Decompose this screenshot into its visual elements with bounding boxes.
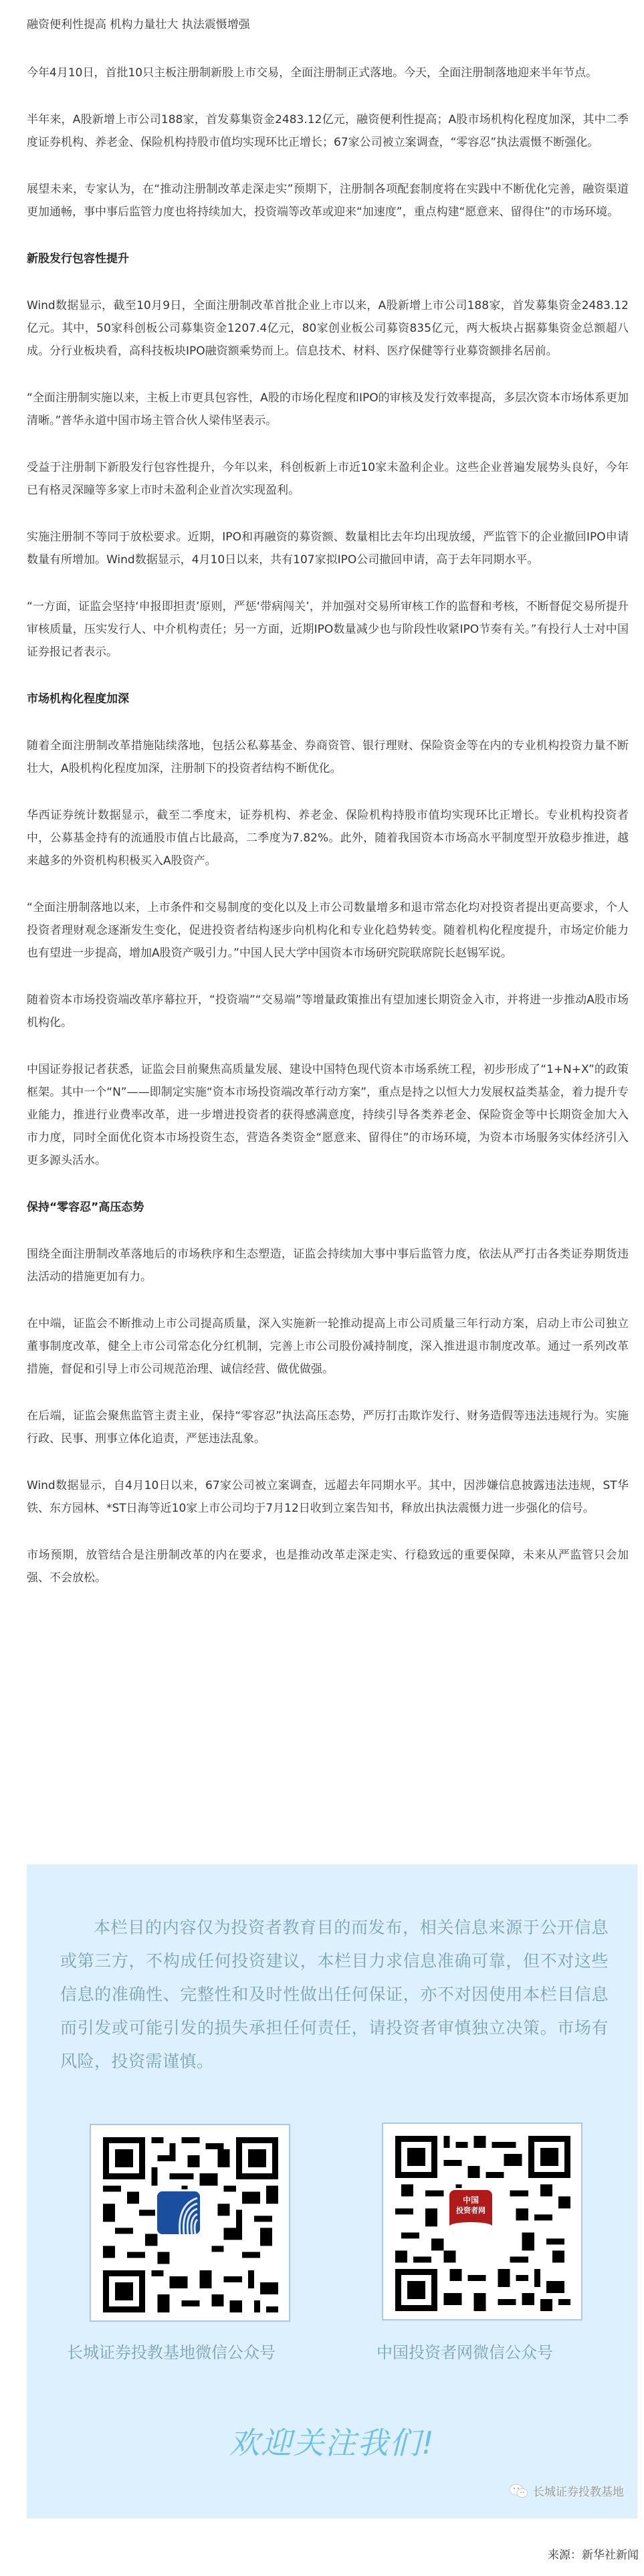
paragraph: “全面注册制实施以来，主板上市更具包容性，A股的市场化程度和IPO的审核及发行效… — [27, 387, 629, 432]
article-title: 融资便利性提高 机构力量壮大 执法震慑增强 — [27, 13, 629, 36]
paragraph: 中国证券报记者获悉，证监会目前聚焦高质量发展、建设中国特色现代资本市场系统工程，… — [27, 1058, 629, 1172]
paragraph: 实施注册制不等同于放松要求。近期，IPO和再融资的募资额、数量相比去年均出现放缓… — [27, 526, 629, 571]
disclaimer-box: 本栏目的内容仅为投资者教育目的而发布，相关信息来源于公开信息或第三方，不构成任何… — [27, 1864, 637, 2518]
paragraph: 在中端，证监会不断推动上市公司提高质量，深入实施新一轮推动提高上市公司质量三年行… — [27, 1312, 629, 1381]
qr-card-china-investor: 中国 投资者网 — [382, 2122, 582, 2320]
disclaimer-text: 本栏目的内容仅为投资者教育目的而发布，相关信息来源于公开信息或第三方，不构成任何… — [60, 1911, 609, 2078]
section-heading: 新股发行包容性提升 — [27, 247, 629, 270]
paragraph: 华西证券统计数据显示，截至二季度末，证券机构、养老金、保险机构持股市值均实现环比… — [27, 804, 629, 872]
section-heading: 市场机构化程度加深 — [27, 688, 629, 710]
welcome-banner: 欢迎关注我们! — [27, 2423, 637, 2463]
paragraph: 今年4月10日，首批10只主板注册制新股上市交易，全面注册制正式落地。今天，全面… — [27, 62, 629, 84]
paragraph: Wind数据显示，自4月10日以来，67家公司被立案调查，远超去年同期水平。其中… — [27, 1474, 629, 1520]
paragraph: 随着全面注册制改革措施陆续落地，包括公私募基金、券商资管、银行理财、保险资金等在… — [27, 734, 629, 780]
wechat-watermark: 长城证券投教基地 — [509, 2482, 624, 2499]
qr-label-china-investor: 中国投资者网微信公众号 — [377, 2343, 553, 2363]
source-credit: 来源：新华社新闻 — [548, 2546, 639, 2565]
paragraph: 受益于注册制下新股发行包容性提升，今年以来，科创板新上市近10家未盈利企业。这些… — [27, 456, 629, 502]
paragraph: 半年来，A股新增上市公司188家，首发募集资金2483.12亿元，融资便利性提高… — [27, 108, 629, 154]
article: 融资便利性提高 机构力量壮大 执法震慑增强 今年4月10日，首批10只主板注册制… — [27, 13, 629, 1613]
wechat-icon — [509, 2483, 529, 2499]
paragraph: 围绕全面注册制改革落地后的市场秩序和生态塑造，证监会持续加大事中事后监管力度，依… — [27, 1243, 629, 1288]
paragraph: 展望未来，专家认为，在“推动注册制改革走深走实”预期下，注册制各项配套制度将在实… — [27, 178, 629, 223]
watermark-text: 长城证券投教基地 — [533, 2482, 624, 2499]
qr-label-great-wall: 长城证券投教基地微信公众号 — [67, 2343, 276, 2363]
paragraph: Wind数据显示，截至10月9日，全面注册制改革首批企业上市以来，A股新增上市公… — [27, 294, 629, 363]
section-heading: 保持“零容忍”高压态势 — [27, 1196, 629, 1219]
china-investor-network-logo: 中国 投资者网 — [449, 2190, 492, 2233]
paragraph: 市场预期，放管结合是注册制改革的内在要求，也是推动改革走深走实、行稳致远的重要保… — [27, 1544, 629, 1589]
paragraph: “全面注册制落地以来，上市条件和交易制度的变化以及上市公司数量增多和退市常态化均… — [27, 896, 629, 965]
paragraph: 在后端，证监会聚焦监管主责主业，保持“零容忍”执法高压态势，严厉打击欺诈发行、财… — [27, 1405, 629, 1450]
paragraph: 随着资本市场投资端改革序幕拉开，“投资端”“交易端”等增量政策推出有望加速长期资… — [27, 989, 629, 1034]
great-wall-securities-logo — [157, 2191, 200, 2234]
qr-card-great-wall — [90, 2124, 290, 2322]
paragraph: “一方面，证监会坚持‘申报即担责’原则，严惩‘带病闯关’，并加强对交易所审核工作… — [27, 595, 629, 664]
article-body: 今年4月10日，首批10只主板注册制新股上市交易，全面注册制正式落地。今天，全面… — [27, 62, 629, 1589]
